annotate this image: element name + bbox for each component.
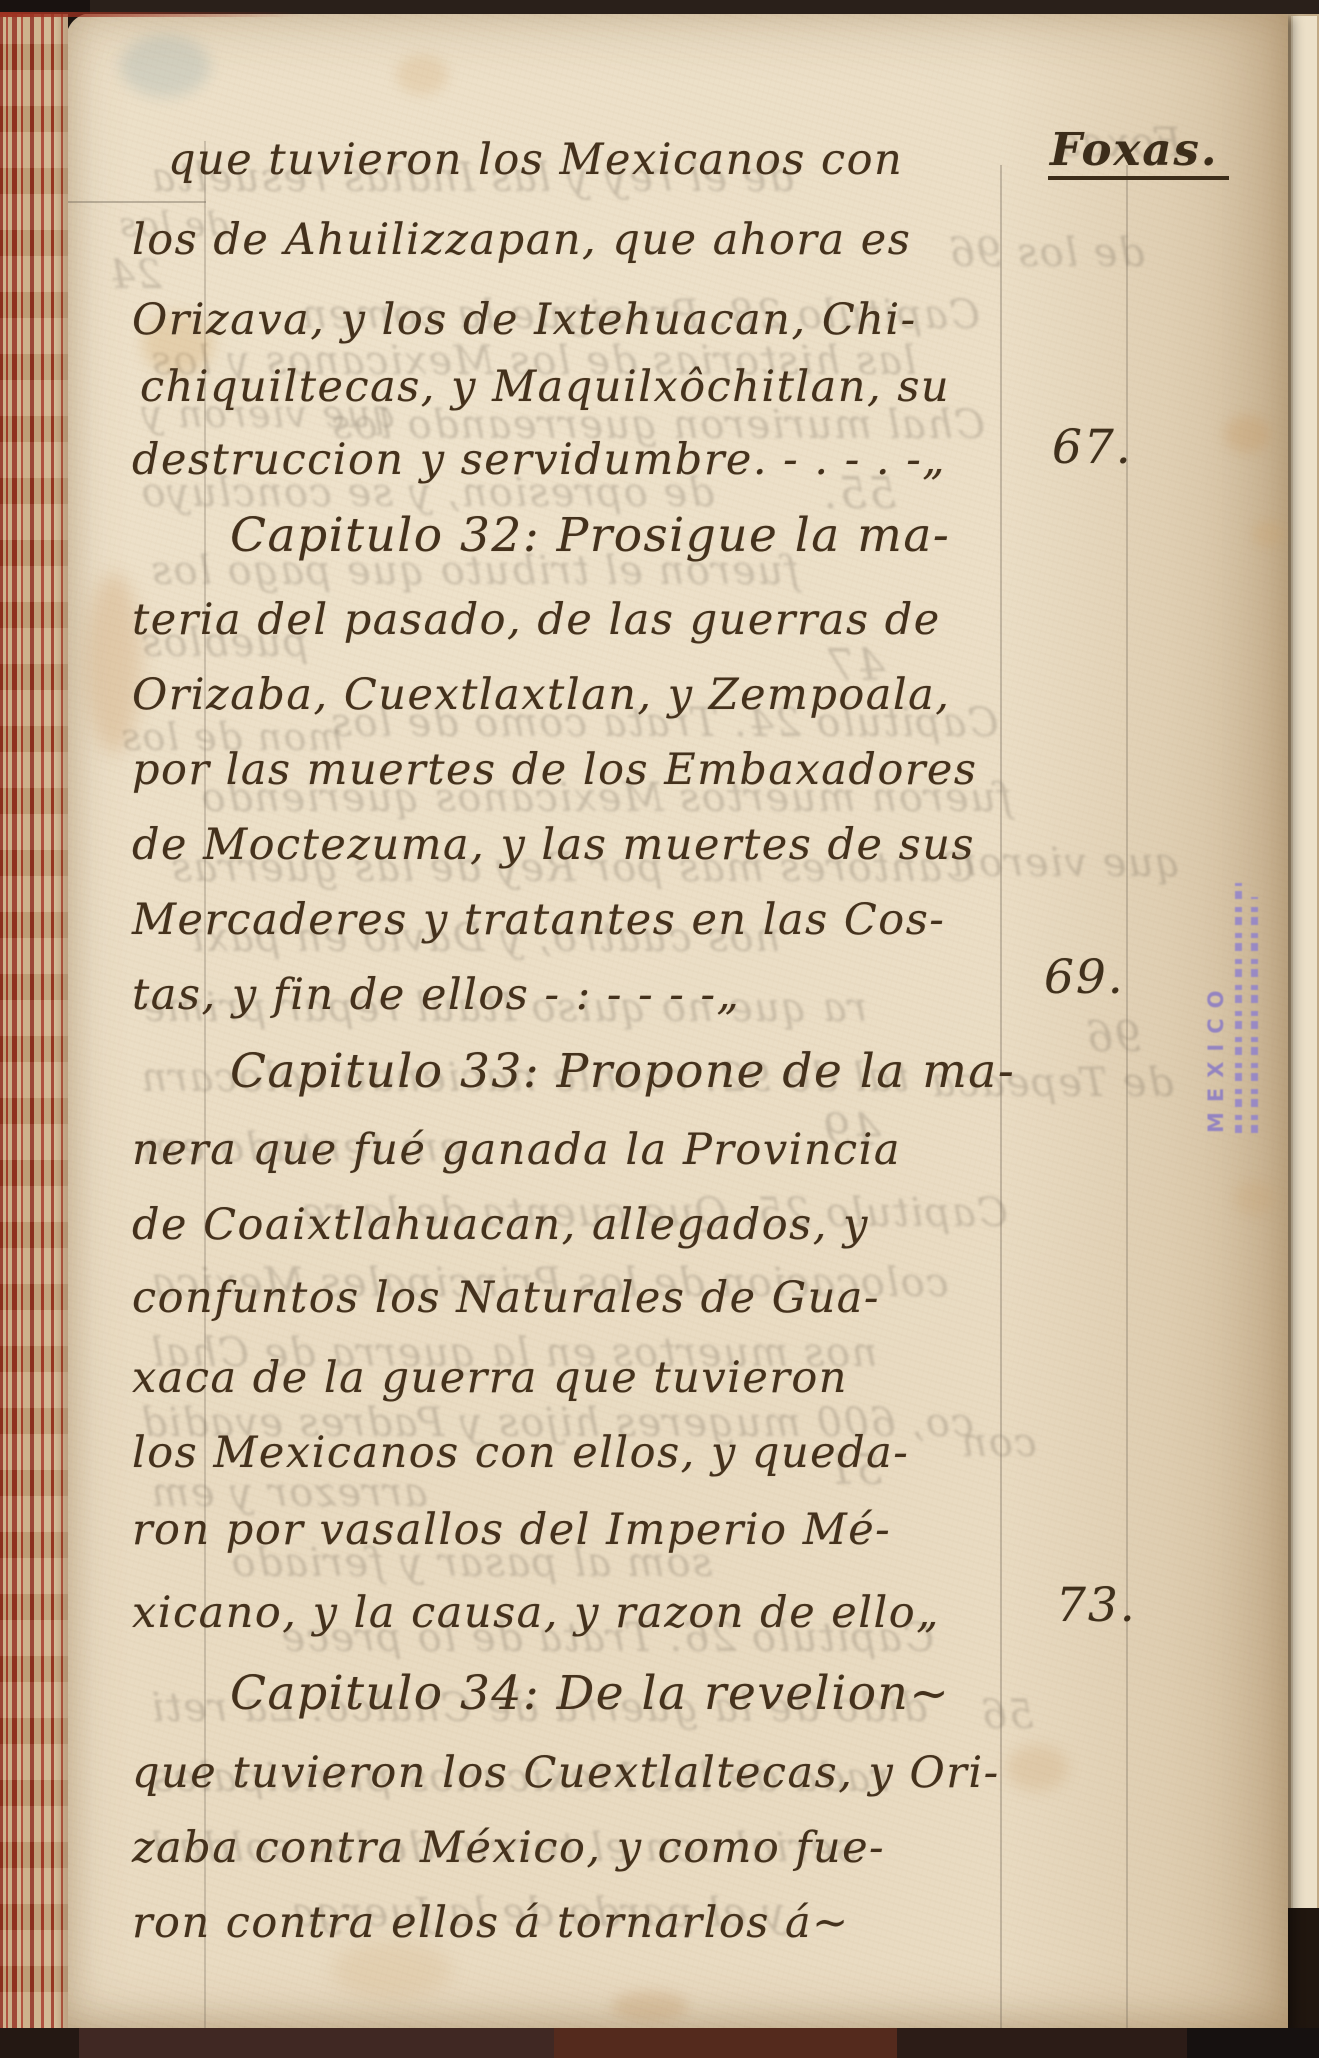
manuscript-line: de Moctezuma, y las muertes de sus — [132, 820, 975, 870]
binding-red-trim — [0, 12, 300, 17]
manuscript-line: Capitulo 32: Prosigue la ma- — [230, 508, 950, 563]
manuscript-line: de Coaixtlahuacan, allegados, y — [132, 1200, 869, 1250]
bleed-through-text: de los 96 — [948, 230, 1145, 276]
manuscript-line: nera que fué ganada la Provincia — [132, 1125, 901, 1175]
foxing-spot — [1234, 1181, 1274, 1215]
manuscript-line: xaca de la guerra que tuvieron — [132, 1353, 848, 1403]
foxing-spot — [612, 1991, 688, 2021]
manuscript-line: Capitulo 34: De la revelion~ — [230, 1666, 950, 1721]
manuscript-line: ron contra ellos á tornarlos á~ — [132, 1898, 850, 1948]
manuscript-line: Orizava, y los de Ixtehuacan, Chi- — [132, 295, 917, 345]
manuscript-line: teria del pasado, de las guerras de — [132, 595, 941, 645]
stamp-small-text-line — [1235, 883, 1242, 1133]
bleed-through-text: 96 — [1085, 1012, 1141, 1061]
manuscript-line: que tuvieron los Mexicanos con — [168, 135, 903, 185]
manuscript-line: que tuvieron los Cuextlaltecas, y Ori- — [132, 1748, 1000, 1798]
foxing-spot — [332, 1941, 452, 1999]
foxing-spot — [1224, 415, 1270, 453]
manuscript-line: destruccion y servidumbre. - . - . -„ — [132, 435, 946, 485]
red-sprinkled-book-edge — [0, 8, 68, 2058]
manuscript-line: zaba contra México, y como fue- — [132, 1823, 885, 1873]
bleed-through-text: con — [960, 1420, 1037, 1466]
folio-column-header: Foxas. — [1048, 123, 1229, 180]
manuscript-page: Foxas. MEXICO que tuvieron los Mexicanos… — [66, 13, 1288, 2032]
folio-number: 69. — [1044, 950, 1125, 1005]
manuscript-line: Orizaba, Cuextlaxtlan, y Zempoala, — [132, 670, 950, 720]
manuscript-line: Capitulo 33: Propone de la ma- — [230, 1044, 1015, 1099]
manuscript-line: Mercaderes y tratantes en las Cos- — [132, 895, 945, 945]
manuscript-line: tas, y fin de ellos - : - - - -„ — [132, 970, 740, 1020]
manuscript-line: xicano, y la causa, y razon de ello„ — [132, 1588, 940, 1638]
manuscript-scan: Foxas. MEXICO que tuvieron los Mexicanos… — [0, 0, 1319, 2058]
folio-number: 73. — [1056, 1578, 1137, 1633]
stamp-text: MEXICO — [1204, 865, 1228, 1133]
manuscript-line: chiquiltecas, y Maquilxôchitlan, su — [140, 362, 950, 412]
foxing-spot — [396, 55, 448, 95]
bleed-through-text: que vieron — [950, 840, 1181, 886]
manuscript-line: los Mexicanos con ellos, y queda- — [132, 1428, 909, 1478]
folio-number: 67. — [1052, 420, 1133, 475]
underlying-page-sliver — [1291, 16, 1317, 1924]
foxing-spot — [1006, 1745, 1068, 1791]
manuscript-line: los de Ahuilizzapan, que ahora es — [132, 215, 911, 265]
blue-smudge — [120, 35, 210, 97]
bleed-through-text: 56 — [980, 1692, 1034, 1738]
pencil-tick — [66, 201, 206, 203]
foxing-spot — [1252, 521, 1284, 547]
manuscript-line: confuntos los Naturales de Gua- — [132, 1273, 880, 1323]
binding-bottom-band — [0, 2028, 1319, 2058]
manuscript-line: ron por vasallos del Imperio Mé- — [132, 1505, 891, 1555]
library-stamp: MEXICO — [1204, 865, 1292, 1133]
manuscript-line: por las muertes de los Embaxadores — [132, 745, 977, 795]
stamp-rotated-body: MEXICO — [1204, 865, 1292, 1133]
stamp-small-text-line — [1251, 897, 1258, 1133]
